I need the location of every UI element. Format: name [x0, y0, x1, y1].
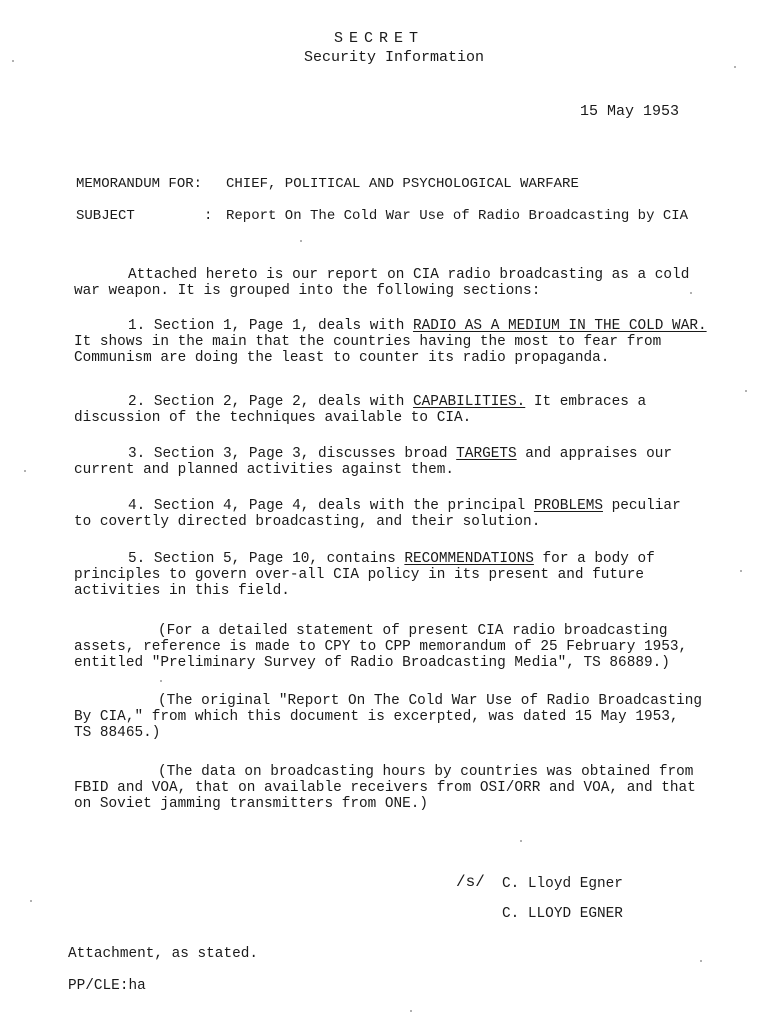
- attachment-note: Attachment, as stated.: [68, 946, 258, 962]
- note-line: assets, reference is made to CPY to CPP …: [74, 639, 734, 655]
- item-emphasis: RECOMMENDATIONS: [404, 551, 534, 567]
- item-emphasis: RADIO AS A MEDIUM IN THE COLD WAR.: [413, 318, 707, 334]
- note-line: (For a detailed statement of present CIA…: [74, 623, 734, 639]
- item-text: for a body of: [534, 551, 655, 567]
- signature-mark: /s/: [456, 873, 485, 891]
- note-line: on Soviet jamming transmitters from ONE.…: [74, 796, 734, 812]
- item-emphasis: TARGETS: [456, 446, 516, 462]
- intro-line: war weapon. It is grouped into the follo…: [74, 283, 734, 299]
- memo-for-line: MEMORANDUM FOR:CHIEF, POLITICAL AND PSYC…: [76, 176, 579, 192]
- section-item-1: 1. Section 1, Page 1, deals with RADIO A…: [74, 318, 734, 366]
- note-paragraph-assets: (For a detailed statement of present CIA…: [74, 623, 734, 671]
- intro-line: Attached hereto is our report on CIA rad…: [74, 267, 734, 283]
- typed-name: C. LLOYD EGNER: [502, 906, 623, 922]
- memo-for-label: MEMORANDUM FOR:: [76, 176, 226, 192]
- item-line: principles to govern over-all CIA policy…: [74, 567, 734, 583]
- subject-separator: :: [204, 208, 226, 224]
- subject-line: SUBJECT:Report On The Cold War Use of Ra…: [76, 208, 688, 224]
- note-line: By CIA," from which this document is exc…: [74, 709, 734, 725]
- item-text: 3. Section 3, Page 3, discusses broad: [128, 446, 456, 462]
- note-line: (The data on broadcasting hours by count…: [74, 764, 734, 780]
- item-emphasis: PROBLEMS: [534, 498, 603, 514]
- intro-paragraph: Attached hereto is our report on CIA rad…: [74, 267, 734, 299]
- subject-text: Report On The Cold War Use of Radio Broa…: [226, 208, 688, 224]
- item-emphasis: CAPABILITIES.: [413, 394, 525, 410]
- section-item-5: 5. Section 5, Page 10, contains RECOMMEN…: [74, 551, 734, 599]
- item-text: It embraces a: [525, 394, 646, 410]
- note-line: (The original "Report On The Cold War Us…: [74, 693, 734, 709]
- item-text: 5. Section 5, Page 10, contains: [128, 551, 404, 567]
- item-line: It shows in the main that the countries …: [74, 334, 734, 350]
- note-line: FBID and VOA, that on available receiver…: [74, 780, 734, 796]
- item-line: Communism are doing the least to counter…: [74, 350, 734, 366]
- section-item-4: 4. Section 4, Page 4, deals with the pri…: [74, 498, 734, 530]
- item-text: and appraises our: [517, 446, 672, 462]
- note-line: TS 88465.): [74, 725, 734, 741]
- note-paragraph-original: (The original "Report On The Cold War Us…: [74, 693, 734, 741]
- subject-label: SUBJECT: [76, 208, 204, 224]
- item-line: activities in this field.: [74, 583, 734, 599]
- item-text: 1. Section 1, Page 1, deals with: [128, 318, 413, 334]
- note-paragraph-data-sources: (The data on broadcasting hours by count…: [74, 764, 734, 812]
- item-line: discussion of the techniques available t…: [74, 410, 734, 426]
- memo-for-recipient: CHIEF, POLITICAL AND PSYCHOLOGICAL WARFA…: [226, 176, 579, 192]
- item-line: to covertly directed broadcasting, and t…: [74, 514, 734, 530]
- reference-initials: PP/CLE:ha: [68, 978, 146, 994]
- classification-marking: SECRET: [0, 30, 758, 47]
- item-text: 4. Section 4, Page 4, deals with the pri…: [128, 498, 534, 514]
- section-item-3: 3. Section 3, Page 3, discusses broad TA…: [74, 446, 734, 478]
- security-information-label: Security Information: [0, 49, 758, 66]
- note-line: entitled "Preliminary Survey of Radio Br…: [74, 655, 734, 671]
- item-text: 2. Section 2, Page 2, deals with: [128, 394, 413, 410]
- memo-date: 15 May 1953: [580, 103, 679, 120]
- item-text: peculiar: [603, 498, 681, 514]
- signed-name: C. Lloyd Egner: [502, 876, 623, 892]
- section-item-2: 2. Section 2, Page 2, deals with CAPABIL…: [74, 394, 734, 426]
- item-line: current and planned activities against t…: [74, 462, 734, 478]
